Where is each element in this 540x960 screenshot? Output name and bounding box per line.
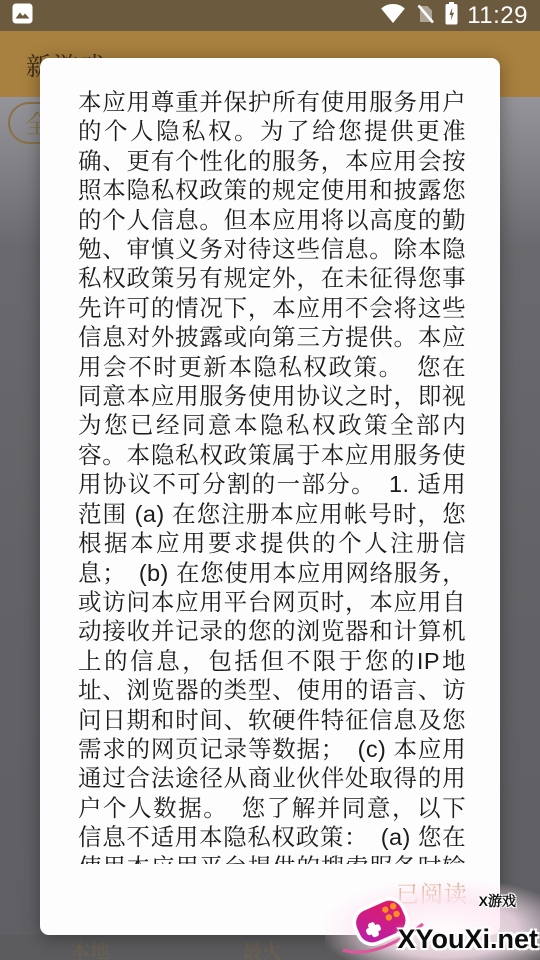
privacy-policy-text[interactable]: 本应用尊重并保护所有使用服务用户的个人隐私权。为了给您提供更准确、更有个性化的服… bbox=[78, 88, 466, 864]
status-bar-left bbox=[12, 3, 33, 29]
no-sim-icon bbox=[415, 3, 436, 29]
bottom-nav: 本地 最火 bbox=[0, 935, 540, 960]
status-bar-clock: 11:29 bbox=[467, 2, 528, 30]
nav-item-hottest[interactable]: 最火 bbox=[242, 935, 282, 960]
privacy-policy-dialog: 本应用尊重并保护所有使用服务用户的个人隐私权。为了给您提供更准确、更有个性化的服… bbox=[40, 58, 500, 935]
photo-notification-icon bbox=[12, 3, 33, 29]
wifi-icon bbox=[380, 3, 406, 29]
read-confirm-button[interactable]: 已阅读 bbox=[396, 876, 468, 909]
screen: 11:29 新游戏 全 本地 最火 本应用尊重并保护所有使用服务用户的个人隐私权… bbox=[0, 0, 540, 960]
nav-item-local[interactable]: 本地 bbox=[70, 935, 110, 960]
status-bar: 11:29 bbox=[0, 0, 540, 31]
status-bar-right: 11:29 bbox=[380, 2, 528, 30]
battery-charging-icon bbox=[445, 2, 458, 30]
